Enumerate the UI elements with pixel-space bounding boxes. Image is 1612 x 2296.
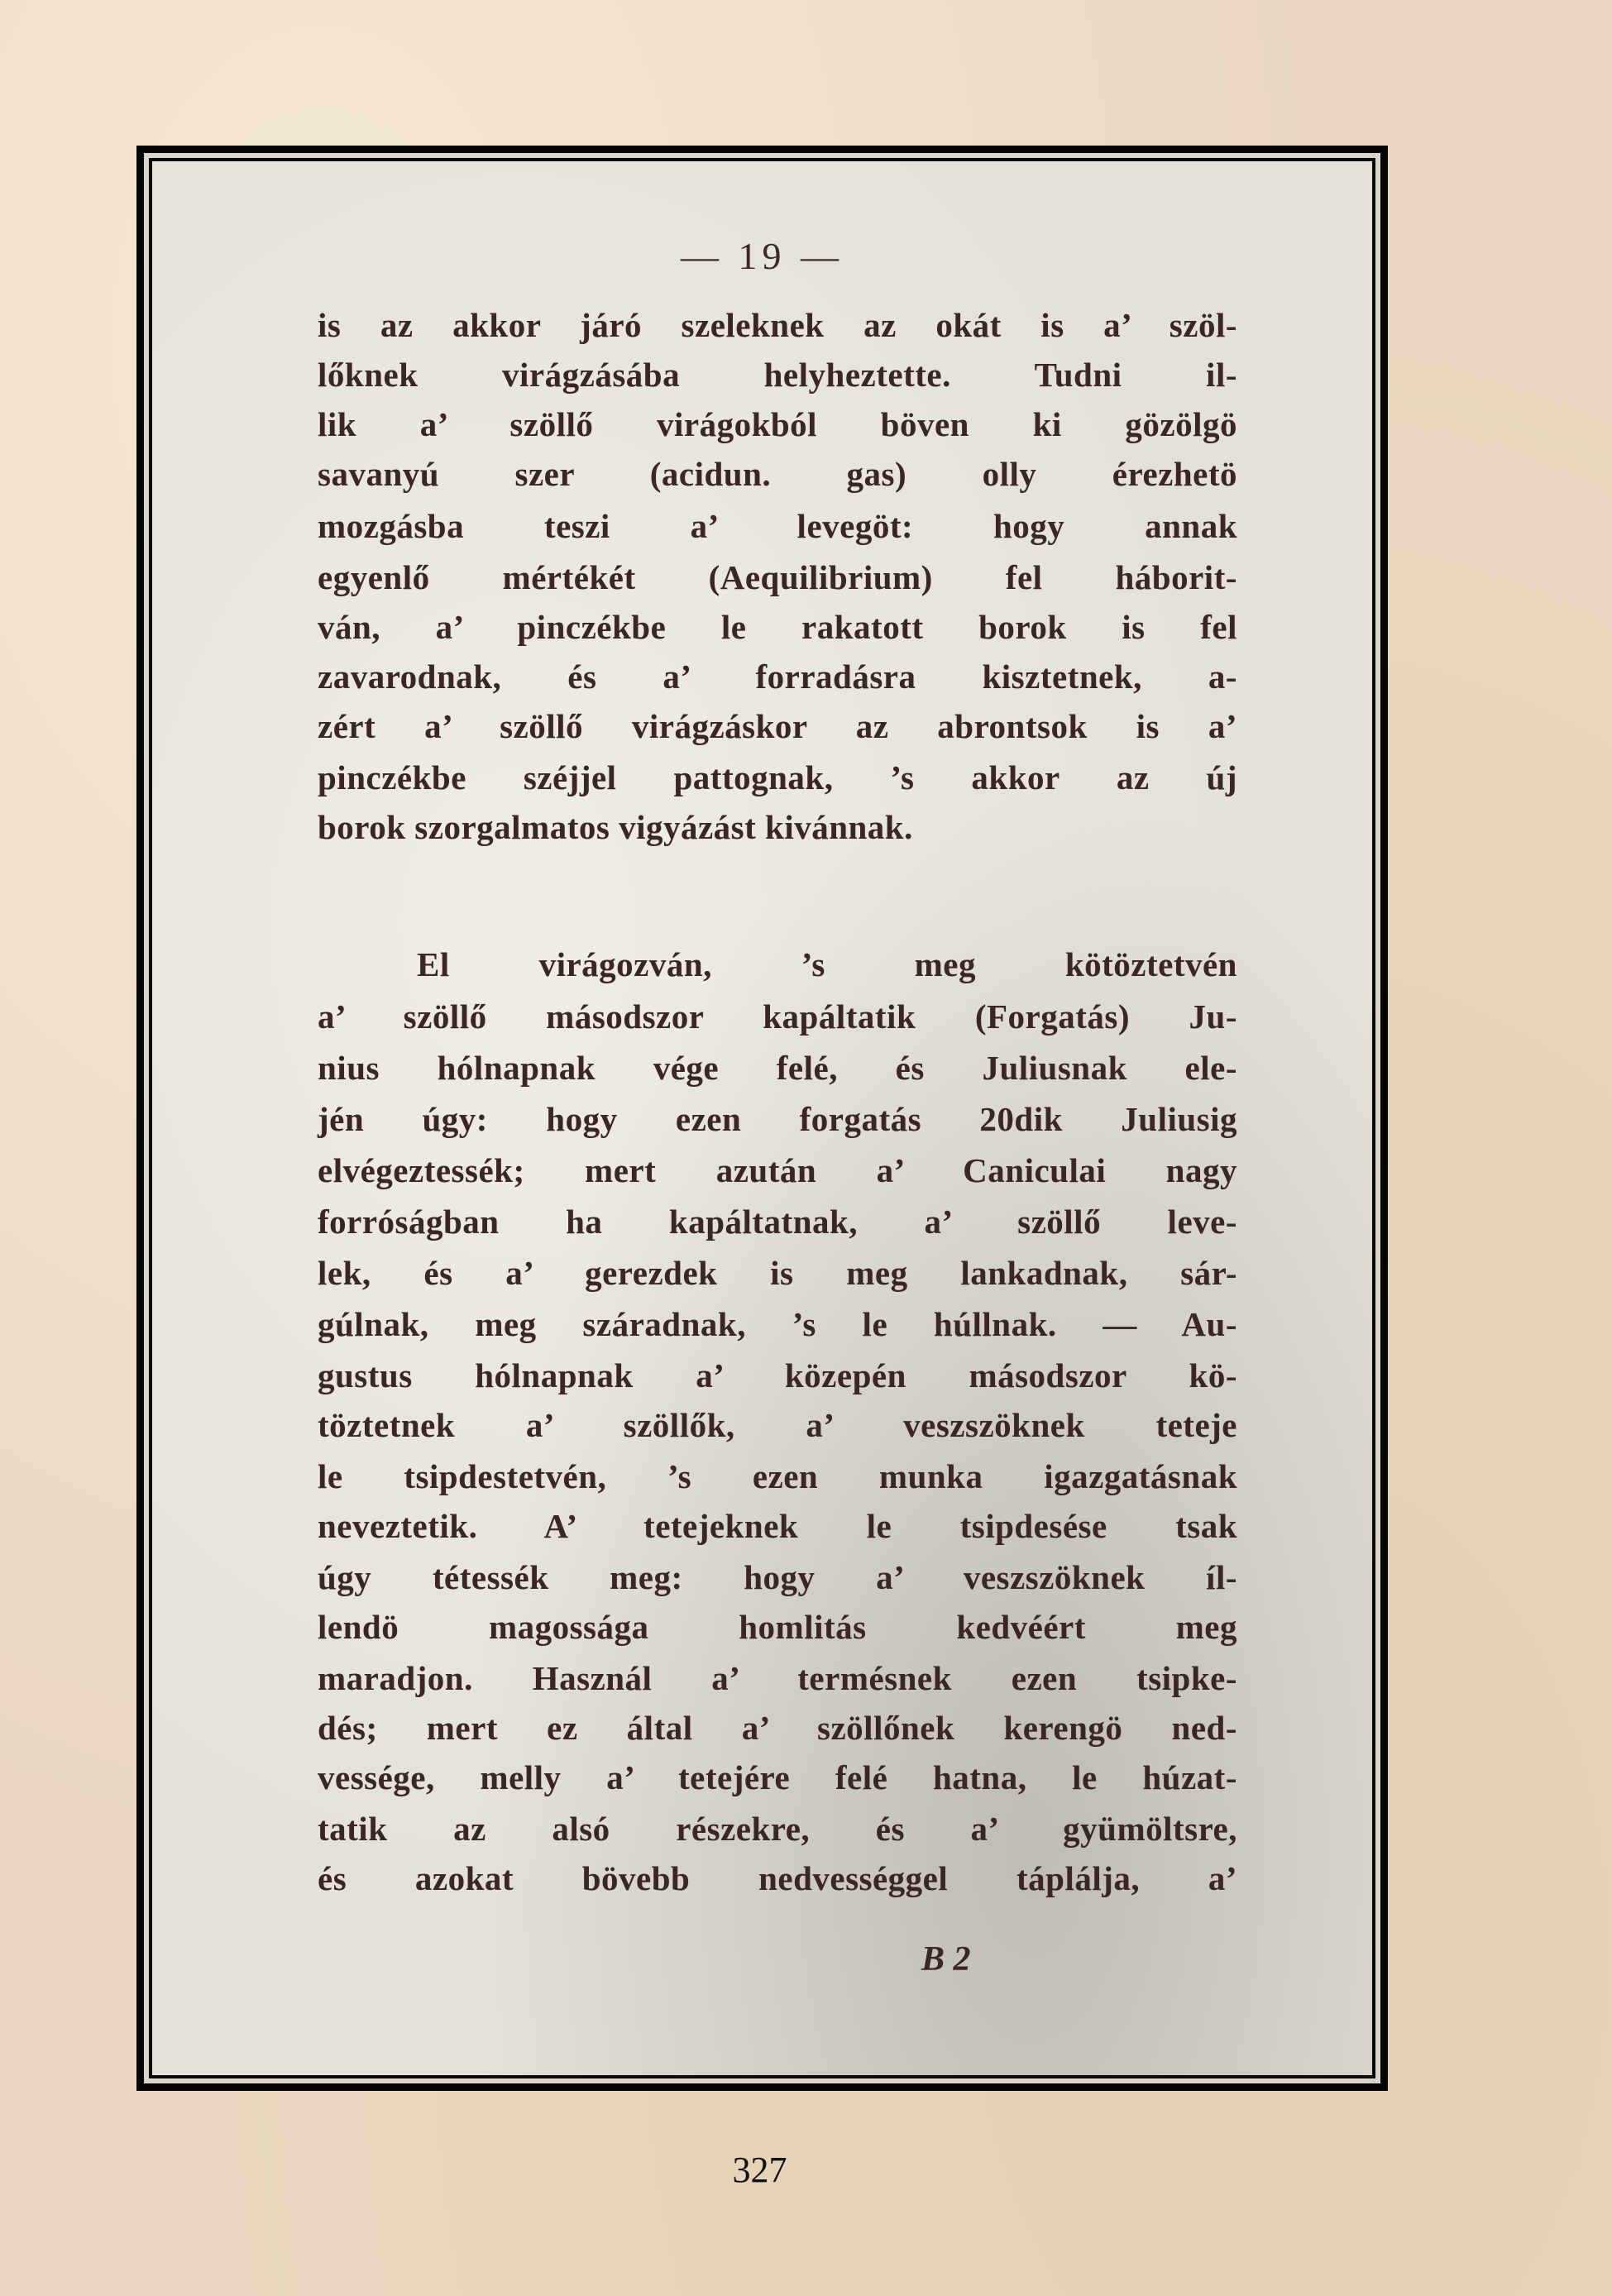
text-line: neveztetik. A’ tetejeknek le tsipdesése …: [318, 1504, 1237, 1547]
text-line: nius hólnapnak vége felé, és Juliusnak e…: [318, 1046, 1237, 1089]
scanned-page: — 19 — is az akkor járó szeleknek az oká…: [149, 158, 1375, 2078]
text-line: lik a’ szöllő virágokból böven ki gözölg…: [318, 403, 1237, 446]
text-line: mozgásba teszi a’ levegöt: hogy annak: [318, 505, 1237, 548]
text-line: úgy tétessék meg: hogy a’ veszszöknek íl…: [318, 1556, 1237, 1599]
signature-mark: B 2: [921, 1940, 971, 1979]
text-line: gúlnak, meg száradnak, ’s le húllnak. — …: [318, 1303, 1237, 1346]
text-line: borok szorgalmatos vigyázást kivánnak.: [318, 806, 1237, 849]
scan-page-number: 327: [0, 2149, 1519, 2191]
text-line: maradjon. Használ a’ termésnek ezen tsip…: [318, 1657, 1237, 1700]
text-line: vessége, melly a’ tetejére felé hatna, l…: [318, 1756, 1237, 1799]
text-line: gustus hólnapnak a’ közepén másodszor kö…: [318, 1354, 1237, 1397]
text-line: a’ szöllő másodszor kapáltatik (Forgatás…: [318, 995, 1237, 1038]
text-line: is az akkor járó szeleknek az okát is a’…: [318, 304, 1237, 347]
text-line: elvégeztessék; mert azután a’ Caniculai …: [318, 1149, 1237, 1192]
text-line: dés; mert ez által a’ szöllőnek kerengö …: [318, 1706, 1237, 1749]
text-line: savanyú szer (acidun. gas) olly érezhetö: [318, 452, 1237, 495]
text-line: lendö magossága homlitás kedvéért meg: [318, 1605, 1237, 1648]
text-line: és azokat bövebb nedvességgel táplálja, …: [318, 1857, 1237, 1900]
text-line: töztetnek a’ szöllők, a’ veszszöknek tet…: [318, 1404, 1237, 1447]
text-line: ván, a’ pinczékbe le rakatott borok is f…: [318, 605, 1237, 648]
text-line: lek, és a’ gerezdek is meg lankadnak, sá…: [318, 1251, 1237, 1294]
text-line: lőknek virágzásába helyheztette. Tudni i…: [318, 353, 1237, 396]
text-line: El virágozván, ’s meg kötöztetvén: [318, 943, 1237, 986]
text-line: zavarodnak, és a’ forradásra kisztetnek,…: [318, 655, 1237, 698]
text-line: jén úgy: hogy ezen forgatás 20dik Julius…: [318, 1098, 1237, 1141]
text-line: tatik az alsó részekre, és a’ gyümöltsre…: [318, 1807, 1237, 1850]
text-line: egyenlő mértékét (Aequilibrium) fel hábo…: [318, 556, 1237, 599]
text-line: le tsipdestetvén, ’s ezen munka igazgatá…: [318, 1455, 1237, 1498]
text-line: pinczékbe széjjel pattognak, ’s akkor az…: [318, 756, 1237, 799]
text-line: forróságban ha kapáltatnak, a’ szöllő le…: [318, 1200, 1237, 1243]
running-header: — 19 —: [152, 234, 1372, 278]
text-line: zért a’ szöllő virágzáskor az abrontsok …: [318, 705, 1237, 748]
